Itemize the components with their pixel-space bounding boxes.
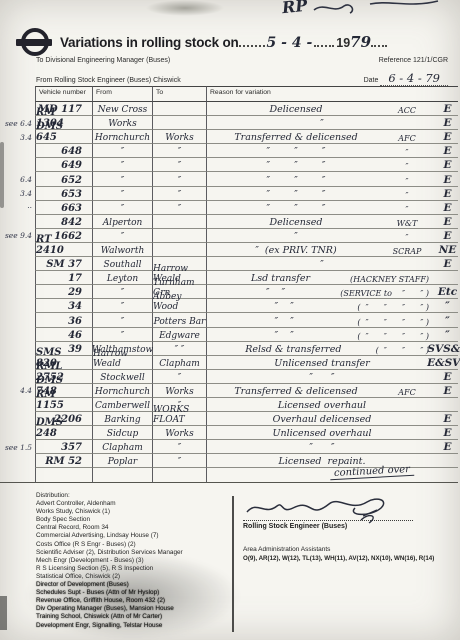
col-header-status [437, 86, 458, 102]
reason-code: AFC [381, 134, 433, 143]
from-cell: Camberwell [93, 398, 153, 412]
from-cell: Walworth [93, 243, 153, 257]
vehicle-number-cell: 17 [35, 271, 93, 285]
reason-cell: ″ ″ [207, 370, 437, 384]
reason-cell: Unlicensed overhaul [207, 426, 437, 440]
distribution-line: Schedules Supt - Buses (Attn of Mr Hyslo… [36, 589, 231, 597]
from-cell: Alperton [93, 215, 153, 229]
to-cell [153, 243, 207, 257]
reason-code: ″ [381, 233, 433, 242]
vehicle-number-cell: RM 52 [35, 454, 93, 468]
reason-text: Unlicensed overhaul [211, 428, 433, 439]
distribution-line: Distribution: [36, 492, 231, 500]
reason-text: ″ [211, 118, 433, 129]
row-status-letter: E [437, 412, 458, 426]
reason-text: Unlicensed transfer [211, 358, 433, 369]
reason-text: ″ [211, 259, 433, 270]
reason-note: ( ″ ″ ″ ″ ) [357, 303, 429, 312]
form-header: Variations in rolling stock on 5 - 4 - 1… [18, 26, 387, 58]
to-cell: Abbey Wood [153, 299, 207, 313]
table-row: 649 ″ ″ ″ ″ ″ ″ E [0, 158, 458, 172]
margin-note [0, 454, 35, 468]
row-status-letter: ″ [437, 313, 458, 327]
row-status-letter: E&SVS [437, 356, 458, 370]
margin-note [0, 328, 35, 342]
vehicle-number-cell: DMS 645 [35, 130, 93, 144]
handwritten-date-value: 6 - 4 - 79 [380, 71, 448, 86]
from-cell: Works [93, 116, 153, 130]
handwritten-year: 79 [350, 33, 371, 51]
reason-code: ″ [381, 205, 433, 214]
margin-note [0, 158, 35, 172]
margin-note [0, 356, 35, 370]
col-header-to: To [153, 86, 207, 102]
margin-note: 3.4 [0, 130, 35, 144]
vehicle-number-cell: 663 [35, 201, 93, 215]
from-cell: Leyton [93, 271, 153, 285]
reason-text: ″ ″ ″ [211, 203, 381, 214]
reason-cell: Lsd transfer (HACKNEY STAFF) [207, 271, 437, 285]
from-cell: ″ [93, 201, 153, 215]
margin-note [0, 144, 35, 158]
row-status-letter: E [437, 440, 458, 454]
margin-spacer [0, 86, 35, 102]
reason-cell: ″ ″ ″ ″ [207, 158, 437, 172]
from-cell: New Cross [93, 102, 153, 116]
margin-note: see 6.4 [0, 116, 35, 130]
vehicle-number-cell: RM 1155 [35, 398, 93, 412]
reason-cell: Transferred & delicensed AFC [207, 130, 437, 144]
distribution-line: Director of Development (Buses) [36, 581, 231, 589]
margin-note [0, 370, 35, 384]
margin-note: see 1.5 [0, 440, 35, 454]
reason-code: ″ [381, 162, 433, 171]
margin-note [0, 468, 35, 482]
distribution-line: Costs Office (R S Engr - Buses) (2) [36, 541, 231, 549]
handwritten-annotation: RP [281, 0, 308, 17]
from-cell: ″ [93, 299, 153, 313]
distribution-line: Advert Controller, Aldenham [36, 500, 231, 508]
form-subheader: To Divisional Engineering Manager (Buses… [36, 57, 448, 85]
to-cell: Works [153, 384, 207, 398]
reason-code: ACC [381, 106, 433, 115]
reason-cell: Delicensed ACC [207, 102, 437, 116]
signature-dotted-line [243, 520, 413, 521]
distribution-line: Development Engr, Signalling, Telstar Ho… [36, 622, 231, 630]
area-admin-block: Area Administration Assistants O(9), AR(… [243, 546, 458, 562]
row-status-letter: E [437, 370, 458, 384]
from-cell: ″ [93, 313, 153, 327]
signature-label: Rolling Stock Engineer (Buses) [243, 523, 455, 530]
distribution-line: Body Spec Section [36, 516, 231, 524]
table-row: 842 Alperton Delicensed W&T E [0, 215, 458, 229]
reason-text: ″ ″ [211, 330, 357, 341]
to-cell: Potters Bar [153, 313, 207, 327]
date-label: Date [364, 77, 379, 84]
from-cell: Barking [93, 412, 153, 426]
row-status-letter: E [437, 426, 458, 440]
reason-code: AFC [381, 388, 433, 397]
reason-text: ″ (ex PRIV. TNR) [211, 245, 381, 256]
reason-cell: ″ ″ [207, 440, 437, 454]
from-line: From Rolling Stock Engineer (Buses) Chis… [36, 77, 181, 84]
signature-icon [243, 490, 413, 524]
distribution-line: Statistical Office, Chiswick (2) [36, 573, 231, 581]
row-status-letter: ″ [437, 299, 458, 313]
vehicle-number-cell: DMS 248 [35, 426, 93, 440]
handwritten-flourish [310, 0, 450, 22]
to-cell: ″ [153, 187, 207, 201]
row-status-letter: Etc [437, 285, 458, 299]
reason-note: (SERVICE to ″ ″ ) [340, 289, 429, 298]
from-cell: ″ [93, 328, 153, 342]
from-cell: ″ [93, 187, 153, 201]
table-row: DMS 248 Sidcup Works Unlicensed overhaul… [0, 426, 458, 440]
vehicle-number-cell: 357 [35, 440, 93, 454]
from-date-row: From Rolling Stock Engineer (Buses) Chis… [36, 71, 448, 85]
vehicle-number-cell: 29 [35, 285, 93, 299]
to-cell: Works [153, 130, 207, 144]
distribution-line: R S Licensing Section (5), R S Inspectio… [36, 565, 231, 573]
from-cell: ″ [93, 144, 153, 158]
reason-text: ″ ″ [211, 287, 340, 298]
rolling-stock-table: Vehicle number From To Reason for variat… [0, 86, 458, 483]
table-row: 3.4 DMS 645 Hornchurch Works Transferred… [0, 130, 458, 144]
row-status-letter [437, 454, 458, 468]
reason-note: ( ″ ″ ″ ″ ) [357, 332, 429, 341]
to-cell [153, 215, 207, 229]
table-header-row: Vehicle number From To Reason for variat… [0, 86, 458, 102]
row-status-letter: E [437, 257, 458, 271]
reason-code: ″ [381, 177, 433, 186]
row-status-letter: E [437, 384, 458, 398]
page-title: Variations in rolling stock on [60, 35, 239, 50]
reason-cell: Overhaul delicensed [207, 412, 437, 426]
from-cell: ″ [93, 285, 153, 299]
reference: Reference 121/1/CGR [379, 57, 448, 64]
scanned-form-page: RP Variations in rolling stock on 5 - 4 … [0, 0, 460, 640]
row-status-letter: E [437, 229, 458, 243]
margin-note [0, 271, 35, 285]
row-status-letter [437, 398, 458, 412]
margin-note [0, 299, 35, 313]
dotted-rule [239, 34, 265, 47]
col-header-vehicle: Vehicle number [35, 86, 93, 102]
reason-code: SCRAP [381, 247, 433, 256]
margin-note [0, 257, 35, 271]
reason-text: ″ ″ [211, 301, 357, 312]
signature-block: Rolling Stock Engineer (Buses) [243, 490, 455, 530]
vehicle-number-cell: 648 [35, 144, 93, 158]
to-cell: ″ [153, 440, 207, 454]
from-cell: ″ [93, 229, 153, 243]
margin-note [0, 285, 35, 299]
row-status-letter: E [437, 102, 458, 116]
reason-text: ″ ″ ″ [211, 175, 381, 186]
reason-note: (HACKNEY STAFF) [350, 275, 429, 284]
vehicle-number-cell: 652 [35, 172, 93, 186]
to-cell: ″ [153, 144, 207, 158]
from-cell: ″ [93, 158, 153, 172]
reason-cell: ″ ″ [207, 229, 437, 243]
reason-cell: ″ ″ ( ″ ″ ″ ″ ) [207, 313, 437, 327]
from-cell: Harrow Weald [93, 356, 153, 370]
reason-cell: Licensed overhaul [207, 398, 437, 412]
from-cell: Hornchurch [93, 130, 153, 144]
to-cell: ″ [153, 158, 207, 172]
reason-code: W&T [381, 219, 433, 228]
to-cell [153, 116, 207, 130]
reason-cell: Relsd & transferred ( ″ ″ ″ ) [207, 342, 437, 356]
distribution-line: Commercial Advertising, Lindsay House (7… [36, 532, 231, 540]
row-status-letter: E [437, 116, 458, 130]
from-cell: ″ [93, 172, 153, 186]
col-header-reason: Reason for variation [207, 86, 437, 102]
distribution-list: Distribution:Advert Controller, Aldenham… [36, 492, 231, 630]
vehicle-number-cell: SM 37 [35, 257, 93, 271]
vehicle-number-cell [35, 468, 93, 482]
table-row: 34 ″ Abbey Wood ″ ″ ( ″ ″ ″ ″ ) ″ [0, 299, 458, 313]
margin-note: see 9.4 [0, 229, 35, 243]
margin-note [0, 313, 35, 327]
table-row: 3.4 653 ″ ″ ″ ″ ″ ″ E [0, 187, 458, 201]
reason-text: ″ ″ [211, 372, 433, 383]
title-line: Variations in rolling stock on 5 - 4 - 1… [60, 33, 387, 51]
table-row: 46 ″ Edgware ″ ″ ( ″ ″ ″ ″ ) ″ [0, 328, 458, 342]
reason-cell: ″ ″ ″ ″ [207, 144, 437, 158]
reason-text: Delicensed [211, 104, 381, 115]
vehicle-number-cell: 36 [35, 313, 93, 327]
table-row: 36 ″ Potters Bar ″ ″ ( ″ ″ ″ ″ ) ″ [0, 313, 458, 327]
row-status-letter: E [437, 172, 458, 186]
vehicle-number-cell: 842 [35, 215, 93, 229]
distribution-line: Training School, Chiswick (Attn of Mr Ca… [36, 613, 231, 621]
reason-code: ″ [381, 191, 433, 200]
reason-cell: ″ ″ ″ ″ [207, 201, 437, 215]
from-cell: Hornchurch [93, 384, 153, 398]
reason-cell: ″ ″ ( ″ ″ ″ ″ ) [207, 328, 437, 342]
to-cell: Clapham [153, 356, 207, 370]
margin-note: ·· [0, 201, 35, 215]
row-status-letter: E [437, 144, 458, 158]
dotted-rule [371, 34, 387, 47]
row-status-letter: SVS&L [437, 342, 458, 356]
scan-edge-mark [0, 596, 7, 630]
reason-text: Delicensed [211, 217, 381, 228]
to-cell: Works [153, 426, 207, 440]
margin-note [0, 412, 35, 426]
date-field: Date 6 - 4 - 79 [364, 71, 448, 85]
roundel-bar [16, 39, 52, 46]
reason-text: Transferred & delicensed [211, 132, 381, 143]
vehicle-number-cell: 46 [35, 328, 93, 342]
to-cell: ″ [153, 201, 207, 215]
to-cell: ″ ″ [153, 342, 207, 356]
reason-text: Licensed overhaul [211, 400, 433, 411]
to-line: To Divisional Engineering Manager (Buses… [36, 57, 170, 64]
table-row: RM 1155 Camberwell ″ Licensed overhaul [0, 398, 458, 412]
reason-text: ″ ″ ″ [211, 160, 381, 171]
table-row: ·· 663 ″ ″ ″ ″ ″ ″ E [0, 201, 458, 215]
to-cell [153, 229, 207, 243]
vehicle-number-cell: 653 [35, 187, 93, 201]
row-status-letter: E [437, 201, 458, 215]
reason-note: ( ″ ″ ″ ) [376, 346, 429, 355]
to-reference-row: To Divisional Engineering Manager (Buses… [36, 57, 448, 71]
distribution-line: Scientific Adviser (2), Distribution Ser… [36, 549, 231, 557]
reason-note: ( ″ ″ ″ ″ ) [357, 318, 429, 327]
from-cell: Stockwell [93, 370, 153, 384]
row-status-letter: E [437, 215, 458, 229]
reason-cell: ″ ″ (SERVICE to ″ ″ ) [207, 285, 437, 299]
vehicle-number-cell: 34 [35, 299, 93, 313]
from-cell: Southall [93, 257, 153, 271]
row-status-letter [437, 468, 458, 482]
margin-note [0, 215, 35, 229]
margin-note: 3.4 [0, 187, 35, 201]
margin-note [0, 342, 35, 356]
area-admin-title: Area Administration Assistants [243, 546, 458, 553]
margin-note [0, 102, 35, 116]
area-admin-codes: O(9), AR(12), W(12), TL(13), WH(11), AV(… [243, 555, 458, 562]
row-status-letter: E [437, 158, 458, 172]
distribution-line: Works Study, Chiswick (1) [36, 508, 231, 516]
reason-cell: ″ ″ ″ ″ [207, 187, 437, 201]
reason-text: Lsd transfer [211, 273, 350, 284]
table-row: SM 37 Southall ″ E [0, 257, 458, 271]
table-row: 6.4 652 ″ ″ ″ ″ ″ ″ E [0, 172, 458, 186]
reason-text: Overhaul delicensed [211, 414, 433, 425]
reason-cell: Unlicensed transfer [207, 356, 437, 370]
margin-note [0, 398, 35, 412]
from-cell: Sidcup [93, 426, 153, 440]
reason-text: ″ ″ [211, 316, 357, 327]
margin-note [0, 426, 35, 440]
scan-smudge [146, 0, 224, 16]
distribution-line: Central Record, Room 34 [36, 524, 231, 532]
vehicle-number-cell: 649 [35, 158, 93, 172]
footer-divider-line [232, 496, 234, 632]
reason-cell: ″ (ex PRIV. TNR) SCRAP [207, 243, 437, 257]
col-header-from: From [93, 86, 153, 102]
to-cell: WORKS FLOAT [153, 412, 207, 426]
to-cell: ″ [153, 172, 207, 186]
reason-cell: ″ ″ ( ″ ″ ″ ″ ) [207, 299, 437, 313]
reason-text: Relsd & transferred [211, 344, 376, 355]
to-cell [153, 102, 207, 116]
reason-text: Transferred & delicensed [211, 386, 381, 397]
row-status-letter: NE [437, 243, 458, 257]
table-row: 29 ″ Turnham Grn ″ ″ (SERVICE to ″ ″ ) E… [0, 285, 458, 299]
row-status-letter [437, 271, 458, 285]
margin-note: 4.4 [0, 384, 35, 398]
table-row: see 1.5 357 Clapham ″ ″ ″ E [0, 440, 458, 454]
reason-code: ″ [381, 148, 433, 157]
reason-text: ″ ″ ″ [211, 146, 381, 157]
vehicle-number-cell: RT 2410 [35, 243, 93, 257]
from-cell: Clapham [93, 440, 153, 454]
reason-cell: ″ [207, 116, 437, 130]
reason-cell: ″ [207, 257, 437, 271]
reason-text: ″ ″ [211, 442, 433, 453]
reason-cell: Transferred & delicensed AFC [207, 384, 437, 398]
margin-note [0, 243, 35, 257]
table-row: 17 Leyton Harrow Weald Lsd transfer (HAC… [0, 271, 458, 285]
row-status-letter: E [437, 187, 458, 201]
table-body: MD 117 New Cross Delicensed ACC E see 6.… [0, 102, 458, 483]
reason-text: ″ [211, 231, 381, 242]
row-status-letter: E [437, 130, 458, 144]
london-transport-roundel-icon [18, 26, 50, 58]
row-status-letter: ″ [437, 328, 458, 342]
table-row: 648 ″ ″ ″ ″ ″ ″ E [0, 144, 458, 158]
from-cell [93, 468, 153, 482]
from-cell: Poplar [93, 454, 153, 468]
distribution-line: Mech Engr (Development - Buses) (3) [36, 557, 231, 565]
dotted-rule [314, 34, 334, 47]
reason-cell: ″ ″ ″ ″ [207, 172, 437, 186]
reason-text: ″ ″ ″ [211, 189, 381, 200]
table-row: RT 2410 Walworth ″ (ex PRIV. TNR) SCRAP … [0, 243, 458, 257]
to-cell: ″ [153, 454, 207, 468]
to-cell: Edgware [153, 328, 207, 342]
reason-cell: Delicensed W&T [207, 215, 437, 229]
handwritten-date-daymonth: 5 - 4 - [267, 35, 313, 51]
printed-year-prefix: 19 [336, 36, 350, 50]
to-cell: ″ [153, 370, 207, 384]
to-cell [153, 468, 207, 482]
margin-note: 6.4 [0, 172, 35, 186]
